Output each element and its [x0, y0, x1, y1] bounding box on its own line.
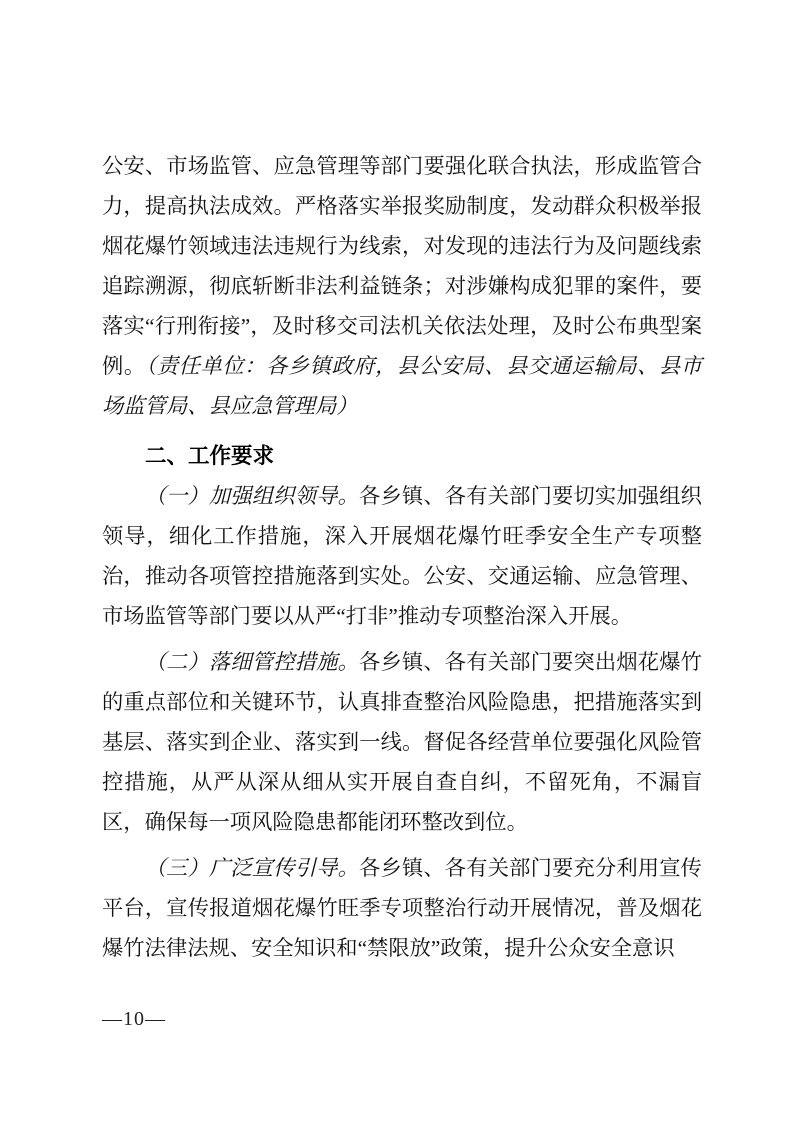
item-paragraph-1: （一）加强组织领导。各乡镇、各有关部门要切实加强组织领导，细化工作措施，深入开展… [102, 476, 702, 636]
document-page: 公安、市场监管、应急管理等部门要强化联合执法，形成监管合力，提高执法成效。严格落… [0, 0, 793, 1122]
continuation-paragraph-text: 公安、市场监管、应急管理等部门要强化联合执法，形成监管合力，提高执法成效。严格落… [102, 154, 702, 378]
item-2-lead: （二）落细管控措施。 [145, 650, 359, 674]
section-heading: 二、工作要求 [102, 436, 702, 476]
item-paragraph-2: （二）落细管控措施。各乡镇、各有关部门要突出烟花爆竹的重点部位和关键环节，认真排… [102, 642, 702, 842]
document-content: 公安、市场监管、应急管理等部门要强化联合执法，形成监管合力，提高执法成效。严格落… [102, 146, 702, 968]
item-paragraph-3: （三）广泛宣传引导。各乡镇、各有关部门要充分利用宣传平台，宣传报道烟花爆竹旺季专… [102, 848, 702, 968]
item-3-lead: （三）广泛宣传引导。 [145, 856, 359, 880]
item-2-text: 各乡镇、各有关部门要突出烟花爆竹的重点部位和关键环节，认真排查整治风险隐患，把措… [102, 650, 702, 834]
page-number: —10— [102, 1004, 166, 1034]
item-1-lead: （一）加强组织领导。 [145, 484, 359, 508]
continuation-paragraph: 公安、市场监管、应急管理等部门要强化联合执法，形成监管合力，提高执法成效。严格落… [102, 146, 702, 426]
responsibility-unit-note: （责任单位：各乡镇政府，县公安局、县交通运输局、县市场监管局、县应急管理局） [102, 354, 702, 418]
